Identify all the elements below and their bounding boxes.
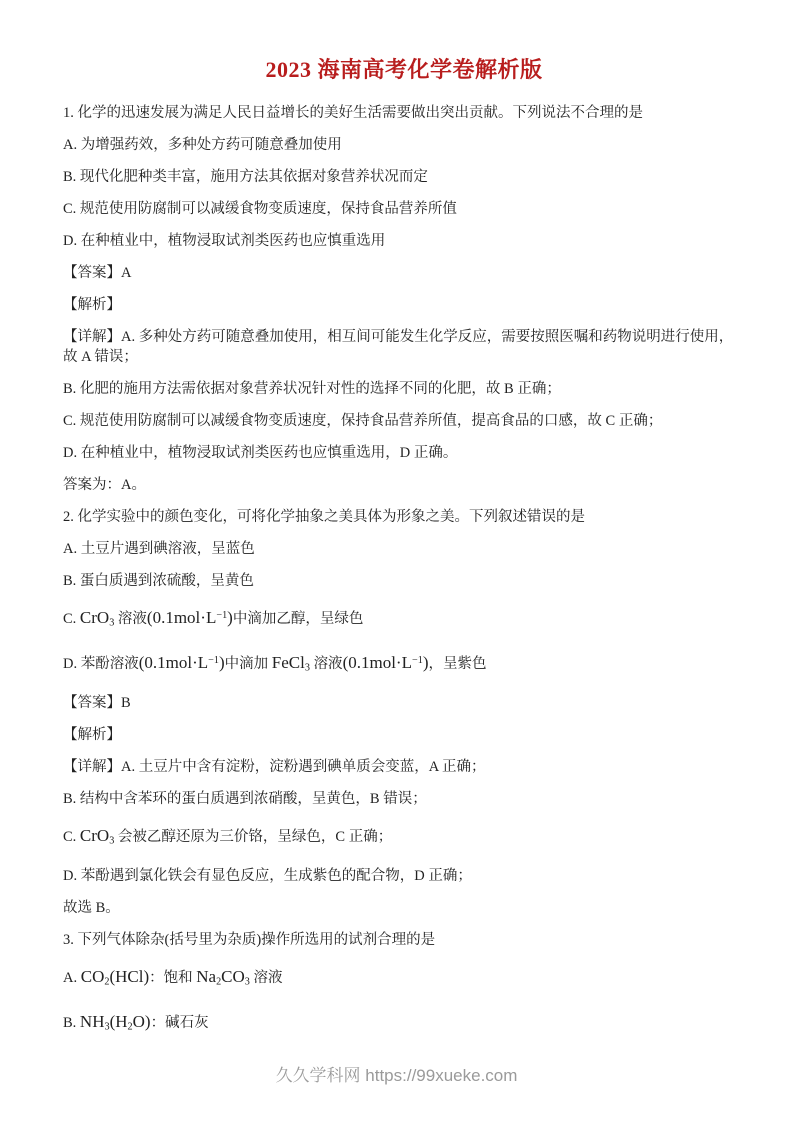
q1-detail-c: C. 规范使用防腐制可以减缓食物变质速度，保持食品营养所值，提高食品的口感，故 … bbox=[63, 411, 745, 431]
q1-option-b: B. 现代化肥种类丰富，施用方法其依据对象营养状况而定 bbox=[63, 167, 745, 187]
q1-detail-b: B. 化肥的施用方法需依据对象营养状况针对性的选择不同的化肥，故 B 正确； bbox=[63, 379, 745, 399]
q2-option-c: C. CrO3 溶液(0.1mol·L−1)中滴加乙醇，呈绿色 bbox=[63, 603, 745, 636]
q1-detail-d: D. 在种植业中，植物浸取试剂类医药也应慎重选用，D 正确。 bbox=[63, 443, 745, 463]
q1-answer: 【答案】A bbox=[63, 263, 745, 283]
q2-detail-d: D. 苯酚遇到氯化铁会有显色反应，生成紫色的配合物，D 正确； bbox=[63, 866, 745, 886]
q3-option-a: A. CO2(HCl)：饱和 Na2CO3 溶液 bbox=[63, 962, 745, 995]
q1-option-c: C. 规范使用防腐制可以减缓食物变质速度，保持食品营养所值 bbox=[63, 199, 745, 219]
q2-option-d: D. 苯酚溶液(0.1mol·L−1)中滴加 FeCl3 溶液(0.1mol·L… bbox=[63, 648, 745, 681]
q2-option-b: B. 蛋白质遇到浓硫酸，呈黄色 bbox=[63, 571, 745, 591]
q2-conclusion: 故选 B。 bbox=[63, 898, 745, 918]
q1-option-d: D. 在种植业中，植物浸取试剂类医药也应慎重选用 bbox=[63, 231, 745, 251]
q1-option-a: A. 为增强药效，多种处方药可随意叠加使用 bbox=[63, 135, 745, 155]
q3-option-b: B. NH3(H2O)：碱石灰 bbox=[63, 1007, 745, 1040]
question-2-stem: 2. 化学实验中的颜色变化，可将化学抽象之美具体为形象之美。下列叙述错误的是 bbox=[63, 507, 745, 527]
document-page: 2023 海南高考化学卷解析版 1. 化学的迅速发展为满足人民日益增长的美好生活… bbox=[0, 0, 793, 1122]
document-body: 1. 化学的迅速发展为满足人民日益增长的美好生活需要做出突出贡献。下列说法不合理… bbox=[63, 103, 745, 1040]
q2-option-a: A. 土豆片遇到碘溶液，呈蓝色 bbox=[63, 539, 745, 559]
q1-detail-a: 【详解】A. 多种处方药可随意叠加使用，相互间可能发生化学反应，需要按照医嘱和药… bbox=[63, 327, 745, 367]
q2-answer: 【答案】B bbox=[63, 693, 745, 713]
watermark-footer: 久久学科网 https://99xueke.com bbox=[0, 1064, 793, 1088]
document-title: 2023 海南高考化学卷解析版 bbox=[63, 54, 745, 86]
q1-conclusion: 答案为：A。 bbox=[63, 475, 745, 495]
q2-analysis-label: 【解析】 bbox=[63, 725, 745, 745]
question-1-stem: 1. 化学的迅速发展为满足人民日益增长的美好生活需要做出突出贡献。下列说法不合理… bbox=[63, 103, 745, 123]
q2-detail-a: 【详解】A. 土豆片中含有淀粉，淀粉遇到碘单质会变蓝，A 正确； bbox=[63, 757, 745, 777]
q1-analysis-label: 【解析】 bbox=[63, 295, 745, 315]
q2-detail-b: B. 结构中含苯环的蛋白质遇到浓硝酸，呈黄色，B 错误； bbox=[63, 789, 745, 809]
question-3-stem: 3. 下列气体除杂(括号里为杂质)操作所选用的试剂合理的是 bbox=[63, 930, 745, 950]
q2-detail-c: C. CrO3 会被乙醇还原为三价铬，呈绿色，C 正确； bbox=[63, 821, 745, 854]
